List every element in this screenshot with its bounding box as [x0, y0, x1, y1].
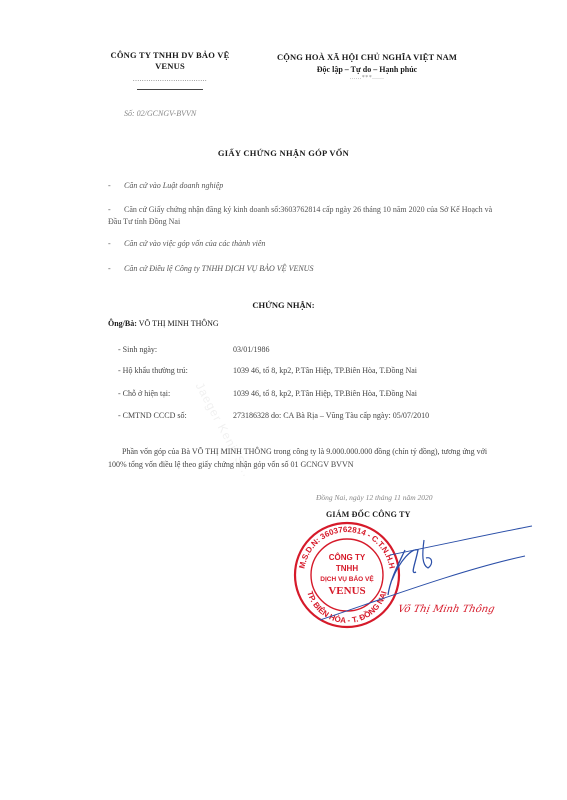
basis-text: Căn cứ Giấy chứng nhận đăng ký kinh doan…	[108, 205, 492, 226]
detail-row: - Chỗ ở hiện tại: 1039 46, tổ 8, kp2, P.…	[0, 389, 567, 401]
detail-label: - Hộ khẩu thường trú:	[118, 366, 188, 375]
basis-item: -Căn cứ Điều lệ Công ty TNHH DỊCH VỤ BẢO…	[108, 264, 498, 273]
company-name: CÔNG TY TNHH DV BẢO VỆ VENUS	[100, 50, 240, 72]
detail-value: 1039 46, tổ 8, kp2, P.Tân Hiệp, TP.Biên …	[233, 366, 473, 375]
date-line: Đồng Nai, ngày 12 tháng 11 năm 2020	[316, 493, 433, 502]
detail-label: - Chỗ ở hiện tại:	[118, 389, 170, 398]
basis-item: -Căn cứ vào Luật doanh nghiệp	[108, 181, 498, 190]
detail-value: 273186328 do: CA Bà Rịa – Vũng Tàu cấp n…	[233, 409, 473, 422]
document-title: GIẤY CHỨNG NHẬN GÓP VỐN	[0, 148, 567, 158]
detail-value: 1039 46, tổ 8, kp2, P.Tân Hiệp, TP.Biên …	[233, 389, 473, 398]
detail-row: - Sinh ngày: 03/01/1986	[0, 345, 567, 357]
person-label: Ông/Bà:	[108, 319, 137, 328]
basis-text: Căn cứ vào Luật doanh nghiệp	[124, 181, 223, 190]
company-header: CÔNG TY TNHH DV BẢO VỆ VENUS ...........…	[100, 50, 240, 90]
national-motto: Độc lập – Tự do – Hạnh phúc	[262, 65, 472, 74]
certify-heading: CHỨNG NHẬN:	[0, 300, 567, 310]
signer-name: Võ Thị Minh Thông	[397, 604, 496, 615]
detail-value: 03/01/1986	[233, 345, 473, 354]
header-rule	[137, 89, 203, 90]
detail-label: - Sinh ngày:	[118, 345, 157, 354]
person-name: VÕ THỊ MINH THÔNG	[139, 319, 219, 328]
basis-text: Căn cứ Điều lệ Công ty TNHH DỊCH VỤ BẢO …	[124, 264, 313, 273]
company-dots: .................................	[100, 75, 240, 83]
document-number: Số: 02/GCNGV-BVVN	[124, 109, 196, 118]
contribution-paragraph: Phần vốn góp của Bà VÕ THỊ MINH THÔNG tr…	[108, 446, 488, 471]
person-line: Ông/Bà: VÕ THỊ MINH THÔNG	[108, 319, 219, 328]
detail-row: - CMTND CCCD số: 273186328 do: CA Bà Rịa…	[0, 409, 567, 435]
director-title: GIÁM ĐỐC CÔNG TY	[326, 510, 411, 519]
national-header: CỘNG HOÀ XÃ HỘI CHỦ NGHĨA VIỆT NAM Độc l…	[262, 52, 472, 81]
motto-stars: ......***......	[262, 75, 472, 81]
detail-label: - CMTND CCCD số:	[118, 409, 187, 422]
nation-name: CỘNG HOÀ XÃ HỘI CHỦ NGHĨA VIỆT NAM	[262, 52, 472, 62]
basis-text: Căn cứ vào việc góp vốn của các thành vi…	[124, 239, 265, 248]
basis-item: -Căn cứ vào việc góp vốn của các thành v…	[108, 239, 498, 248]
basis-item: -Căn cứ Giấy chứng nhận đăng ký kinh doa…	[108, 204, 498, 228]
detail-row: - Hộ khẩu thường trú: 1039 46, tổ 8, kp2…	[0, 366, 567, 378]
